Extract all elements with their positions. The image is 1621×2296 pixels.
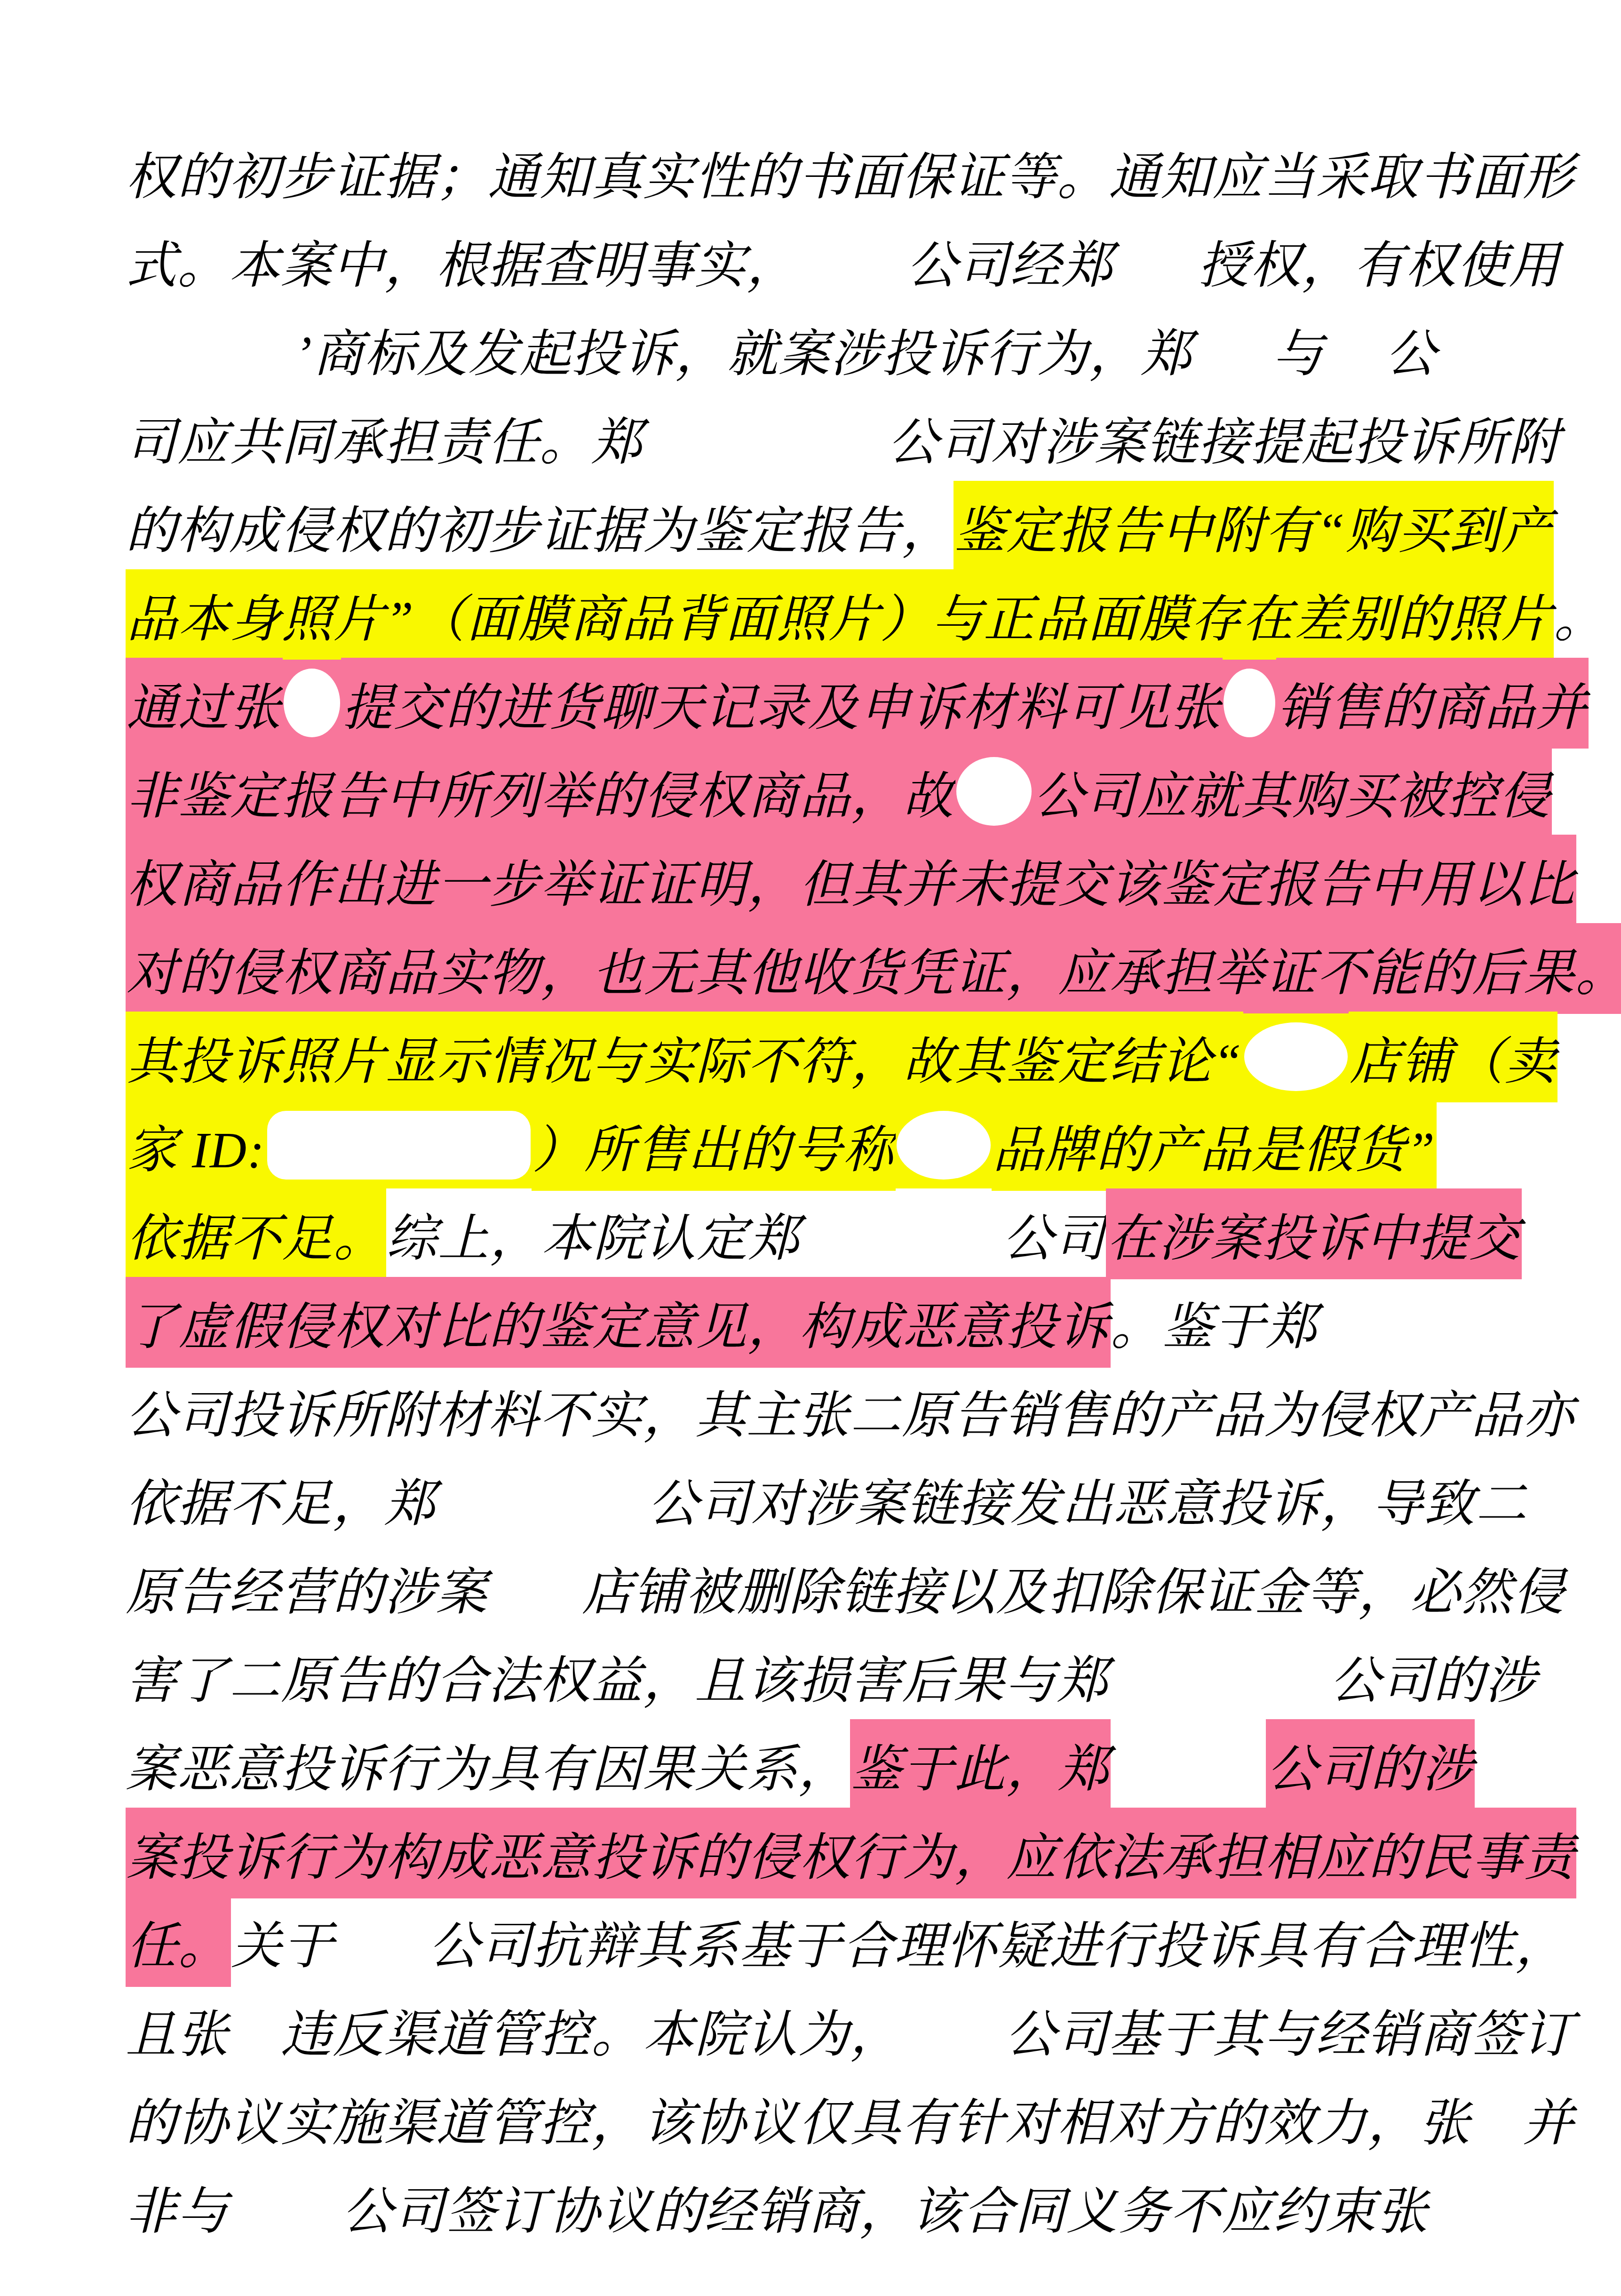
text-segment: 公司抗辩其系基于合理怀疑进行投诉具有合理性， <box>429 1905 1567 1978</box>
text-line: 对的侵权商品实物，也无其他收货凭证，应承担举证不能的后果。 <box>126 924 1565 1012</box>
redaction-gap <box>955 748 1033 835</box>
redaction-gap <box>126 315 295 383</box>
text-segment: 公司基于其与经销商签订 <box>1005 1993 1574 2066</box>
text-line: 权的初步证据；通知真实性的书面保证等。通知应当采取书面形 <box>126 128 1565 216</box>
text-line: 的构成侵权的初步证据为鉴定报告，鉴定报告中附有“购买到产 <box>126 482 1565 570</box>
text-segment: 。 <box>1554 578 1605 651</box>
text-segment: 并 <box>1523 2082 1574 2155</box>
text-segment: 公司对涉案链接提起投诉所附 <box>888 401 1560 474</box>
highlighted-text-segment: 依据不足。 <box>126 1188 386 1279</box>
highlighted-text-segment: 公司应就其购买被控侵 <box>1033 746 1552 837</box>
text-segment: 案恶意投诉行为具有因果关系， <box>126 1728 850 1801</box>
highlighted-text-segment: 提交的进货聊天记录及申诉材料可见张 <box>341 658 1223 749</box>
text-segment: 的协议实施渠道管控，该协议仅具有针对相对方的效力，张 <box>126 2082 1471 2155</box>
redaction-gap <box>800 1199 1002 1268</box>
redaction-gap <box>902 1995 1005 2064</box>
text-segment: 与 <box>1272 313 1324 386</box>
highlighted-text-segment: 了虚假侵权对比的鉴定意见，构成恶意投诉 <box>126 1277 1111 1368</box>
redaction-mask <box>284 669 340 737</box>
highlighted-text-segment: 店铺（卖 <box>1349 1012 1557 1102</box>
redaction-gap <box>488 1553 582 1622</box>
text-line: 原告经营的涉案店铺被删除链接以及扣除保证金等，必然侵 <box>126 1543 1565 1632</box>
text-segment: 的构成侵权的初步证据为鉴定报告， <box>126 490 954 563</box>
text-line: 式。本案中，根据查明事实，公司经郑授权，有权使用 <box>126 216 1565 305</box>
highlighted-text-segment: 权商品作出进一步举证证明，但其并未提交该鉴定报告中用以比 <box>126 835 1576 925</box>
text-segment: 店铺被删除链接以及扣除保证金等，必然侵 <box>582 1551 1565 1624</box>
text-segment: 害了二原告的合法权益，且该损害后果与郑 <box>126 1640 1109 1713</box>
redaction-gap <box>1243 1013 1349 1100</box>
redaction-gap <box>896 1102 992 1188</box>
text-segment: 公司经郑 <box>906 224 1113 297</box>
text-segment: 依据不足，郑 <box>126 1463 436 1536</box>
redaction-gap <box>1471 2084 1523 2152</box>
text-line: 害了二原告的合法权益，且该损害后果与郑公司的涉 <box>126 1632 1565 1720</box>
text-line: 家 ID:）所售出的号称品牌的产品是假货” <box>126 1101 1565 1189</box>
redaction-mask <box>267 1111 531 1180</box>
text-line: 其投诉照片显示情况与实际不符，故其鉴定结论“店铺（卖 <box>126 1012 1565 1101</box>
redaction-gap <box>1111 1730 1266 1799</box>
text-line: 通过张提交的进货聊天记录及申诉材料可见张销售的商品并 <box>126 659 1565 747</box>
text-segment: 公司签订协议的经销商，该合同义务不应约束张 <box>342 2170 1429 2243</box>
text-line: 依据不足，郑公司对涉案链接发出恶意投诉，导致二 <box>126 1455 1565 1543</box>
redaction-gap <box>798 226 906 295</box>
redaction-gap <box>229 1995 281 2064</box>
document-page: 权的初步证据；通知真实性的书面保证等。通知应当采取书面形式。本案中，根据查明事实… <box>0 0 1621 2296</box>
highlighted-text-segment: 销售的商品并 <box>1276 658 1589 749</box>
text-segment: 公司对涉案链接发出恶意投诉，导致二 <box>648 1463 1527 1536</box>
text-line: 任。关于公司抗辩其系基于合理怀疑进行投诉具有合理性， <box>126 1897 1565 1985</box>
text-segment: 授权，有权使用 <box>1198 224 1560 297</box>
text-segment: 违反渠道管控。本院认为， <box>281 1993 902 2066</box>
text-segment: 权的初步证据；通知真实性的书面保证等。通知应当采取书面形 <box>126 136 1574 209</box>
text-segment: 公 <box>1385 313 1437 386</box>
text-segment: 司应共同承担责任。郑 <box>126 401 643 474</box>
text-line: 品本身照片”（面膜商品背面照片）与正品面膜存在差别的照片。 <box>126 570 1565 659</box>
redaction-gap <box>334 1907 429 1976</box>
redaction-gap <box>283 660 341 746</box>
text-segment: 公司 <box>1002 1197 1106 1270</box>
text-line: 且张违反渠道管控。本院认为，公司基于其与经销商签订 <box>126 1985 1565 2074</box>
redaction-gap <box>643 403 888 472</box>
redaction-gap <box>266 1102 532 1188</box>
text-line: 依据不足。综上，本院认定郑公司在涉案投诉中提交 <box>126 1189 1565 1278</box>
highlighted-text-segment: 鉴于此，郑 <box>850 1719 1111 1810</box>
redaction-mask <box>1244 1022 1348 1091</box>
text-segment: 非与 <box>126 2170 229 2243</box>
redaction-gap <box>1113 226 1198 295</box>
text-segment: 。鉴于郑 <box>1111 1286 1318 1359</box>
text-segment: 关于 <box>231 1905 334 1978</box>
highlighted-text-segment: 非鉴定报告中所列举的侵权商品，故 <box>126 746 955 837</box>
text-segment: 公司投诉所附材料不实，其主张二原告销售的产品为侵权产品亦 <box>126 1374 1574 1447</box>
highlighted-text-segment: 其投诉照片显示情况与实际不符，故其鉴定结论“ <box>126 1012 1243 1102</box>
text-line: 案投诉行为构成恶意投诉的侵权行为，应依法承担相应的民事责 <box>126 1809 1565 1897</box>
text-line: 非与公司签订协议的经销商，该合同义务不应约束张 <box>126 2162 1565 2251</box>
redaction-gap <box>1324 315 1385 383</box>
highlighted-text-segment: ）所售出的号称 <box>532 1100 896 1191</box>
text-line: 了虚假侵权对比的鉴定意见，构成恶意投诉。鉴于郑 <box>126 1278 1565 1366</box>
text-segment: 公司的涉 <box>1330 1640 1537 1713</box>
highlighted-text-segment: 品牌的产品是假货” <box>992 1100 1437 1191</box>
text-line: 权商品作出进一步举证证明，但其并未提交该鉴定报告中用以比 <box>126 836 1565 924</box>
text-line: 案恶意投诉行为具有因果关系，鉴于此，郑公司的涉 <box>126 1720 1565 1809</box>
text-line: 公司投诉所附材料不实，其主张二原告销售的产品为侵权产品亦 <box>126 1366 1565 1455</box>
redaction-mask <box>956 757 1032 826</box>
highlighted-text-segment: 任。 <box>126 1896 231 1987</box>
highlighted-text-segment: 案投诉行为构成恶意投诉的侵权行为，应依法承担相应的民事责 <box>126 1808 1576 1898</box>
redaction-gap <box>1192 315 1272 383</box>
redaction-gap <box>436 1465 648 1533</box>
redaction-gap <box>1223 660 1276 746</box>
text-segment: 原告经营的涉案 <box>126 1551 488 1624</box>
highlighted-text-segment: 品本身照片”（面膜商品背面照片）与正品面膜存在差别的照片 <box>126 569 1554 660</box>
redaction-gap <box>1109 1642 1330 1710</box>
highlighted-text-segment: 通过张 <box>126 658 283 749</box>
text-segment: 综上，本院认定郑 <box>386 1197 800 1270</box>
text-line: 的协议实施渠道管控，该协议仅具有针对相对方的效力，张并 <box>126 2074 1565 2162</box>
highlighted-text-segment: 家 ID: <box>126 1100 266 1191</box>
highlighted-text-segment: 鉴定报告中附有“购买到产 <box>954 481 1554 572</box>
document-text-block: 权的初步证据；通知真实性的书面保证等。通知应当采取书面形式。本案中，根据查明事实… <box>0 0 1621 2251</box>
text-segment: ’商标及发起投诉，就案涉投诉行为，郑 <box>295 313 1192 386</box>
text-line: 非鉴定报告中所列举的侵权商品，故公司应就其购买被控侵 <box>126 747 1565 836</box>
text-segment: 且张 <box>126 1993 229 2066</box>
text-segment: 式。本案中，根据查明事实， <box>126 224 798 297</box>
highlighted-text-segment: 对的侵权商品实物，也无其他收货凭证，应承担举证不能的后果。 <box>126 923 1621 1014</box>
highlighted-text-segment: 在涉案投诉中提交 <box>1106 1188 1522 1279</box>
highlighted-text-segment: 公司的涉 <box>1266 1719 1475 1810</box>
redaction-mask <box>1224 669 1275 737</box>
redaction-mask <box>897 1111 991 1180</box>
redaction-gap <box>229 2172 342 2241</box>
text-line: 司应共同承担责任。郑公司对涉案链接提起投诉所附 <box>126 393 1565 482</box>
text-line: ’商标及发起投诉，就案涉投诉行为，郑与公 <box>126 305 1565 393</box>
